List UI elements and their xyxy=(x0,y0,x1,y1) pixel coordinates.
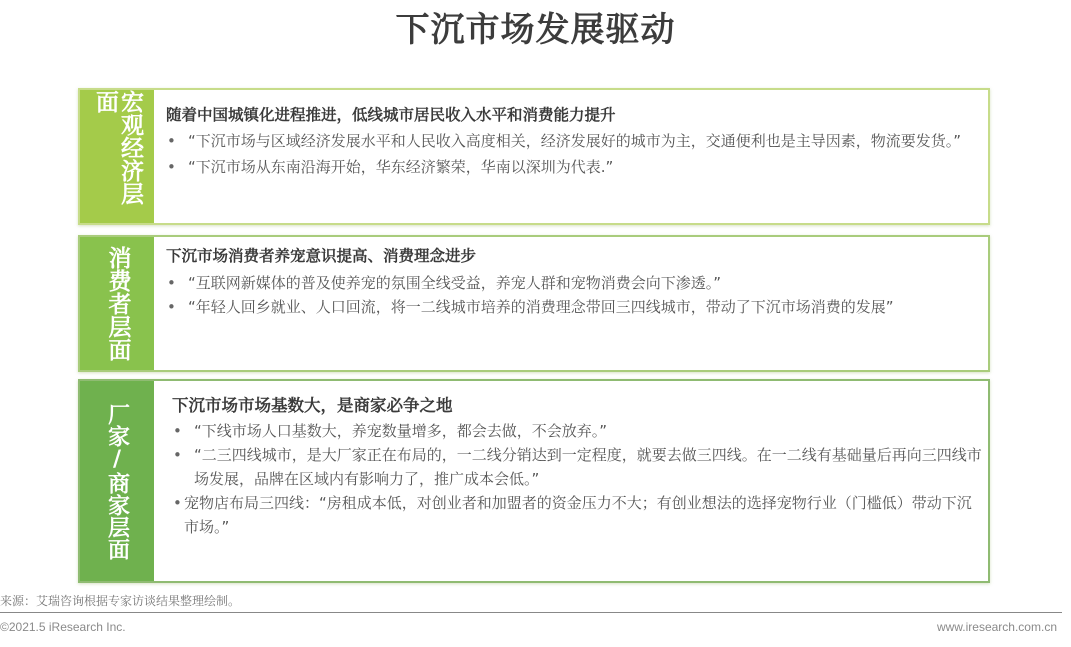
panel-label: 厂家/商家层面 xyxy=(80,381,154,581)
list-item-text: “下沉市场与区域经济发展水平和人民收入高度相关，经济发展好的城市为主，交通便利也… xyxy=(188,132,961,150)
list-item-text: “下沉市场从东南沿海开始，华东经济繁荣，华南以深圳为代表.” xyxy=(188,158,613,176)
panel-label: 宏观经济层面 xyxy=(80,90,154,223)
bullet-list: • “互联网新媒体的普及使养宠的氛围全线受益，养宠人群和宠物消费会向下渗透。” … xyxy=(166,271,982,319)
bullet-icon: • xyxy=(173,491,182,515)
bullet-list: • “下线市场人口基数大，养宠数量增多，都会去做，不会放弃。” • “二三四线城… xyxy=(172,419,982,539)
list-item: • “下沉市场与区域经济发展水平和人民收入高度相关，经济发展好的城市为主，交通便… xyxy=(166,130,982,153)
list-item: • “互联网新媒体的普及使养宠的氛围全线受益，养宠人群和宠物消费会向下渗透。” xyxy=(166,271,982,295)
website-link[interactable]: www.iresearch.com.cn xyxy=(937,620,1057,634)
bullet-icon: • xyxy=(167,271,176,295)
bullet-icon: • xyxy=(167,295,176,319)
panel-manufacturer-merchant: 厂家/商家层面 下沉市场市场基数大，是商家必争之地 • “下线市场人口基数大，养… xyxy=(78,379,990,583)
panel-consumer: 消费者层面 下沉市场消费者养宠意识提高、消费理念进步 • “互联网新媒体的普及使… xyxy=(78,235,990,372)
list-item: • “下沉市场从东南沿海开始，华东经济繁荣，华南以深圳为代表.” xyxy=(166,156,982,179)
source-note: 来源：艾瑞咨询根据专家访谈结果整理绘制。 xyxy=(0,592,240,609)
bullet-icon: • xyxy=(173,419,182,443)
panel-macro-economy: 宏观经济层面 随着中国城镇化进程推进，低线城市居民收入水平和消费能力提升 • “… xyxy=(78,88,990,225)
panel-content: 随着中国城镇化进程推进，低线城市居民收入水平和消费能力提升 • “下沉市场与区域… xyxy=(154,90,988,223)
panel-heading: 随着中国城镇化进程推进，低线城市居民收入水平和消费能力提升 xyxy=(166,104,982,126)
panel-content: 下沉市场市场基数大，是商家必争之地 • “下线市场人口基数大，养宠数量增多，都会… xyxy=(154,381,988,581)
panel-content: 下沉市场消费者养宠意识提高、消费理念进步 • “互联网新媒体的普及使养宠的氛围全… xyxy=(154,237,988,370)
list-item: • 宠物店布局三四线：“房租成本低，对创业者和加盟者的资金压力不大；有创业想法的… xyxy=(172,491,982,539)
panel-heading: 下沉市场市场基数大，是商家必争之地 xyxy=(172,395,982,417)
panel-heading: 下沉市场消费者养宠意识提高、消费理念进步 xyxy=(166,245,982,267)
list-item-text: 宠物店布局三四线：“房租成本低，对创业者和加盟者的资金压力不大；有创业想法的选择… xyxy=(184,494,972,536)
list-item-text: “下线市场人口基数大，养宠数量增多，都会去做，不会放弃。” xyxy=(194,422,607,440)
page-title: 下沉市场发展驱动 xyxy=(0,2,1071,51)
list-item-text: “二三四线城市，是大厂家正在布局的，一二线分销达到一定程度，就要去做三四线。在一… xyxy=(194,446,982,488)
footer-divider xyxy=(0,612,1062,613)
bullet-icon: • xyxy=(167,156,176,179)
bullet-icon: • xyxy=(173,443,182,467)
list-item: • “下线市场人口基数大，养宠数量增多，都会去做，不会放弃。” xyxy=(172,419,982,443)
panel-label: 消费者层面 xyxy=(80,237,154,370)
list-item: • “年轻人回乡就业、人口回流，将一二线城市培养的消费理念带回三四线城市，带动了… xyxy=(166,295,982,319)
copyright-text: ©2021.5 iResearch Inc. xyxy=(0,620,126,634)
list-item: • “二三四线城市，是大厂家正在布局的，一二线分销达到一定程度，就要去做三四线。… xyxy=(172,443,982,491)
list-item-text: “互联网新媒体的普及使养宠的氛围全线受益，养宠人群和宠物消费会向下渗透。” xyxy=(188,274,721,292)
list-item-text: “年轻人回乡就业、人口回流，将一二线城市培养的消费理念带回三四线城市，带动了下沉… xyxy=(188,298,894,316)
bullet-icon: • xyxy=(167,130,176,153)
bullet-list: • “下沉市场与区域经济发展水平和人民收入高度相关，经济发展好的城市为主，交通便… xyxy=(166,130,982,179)
